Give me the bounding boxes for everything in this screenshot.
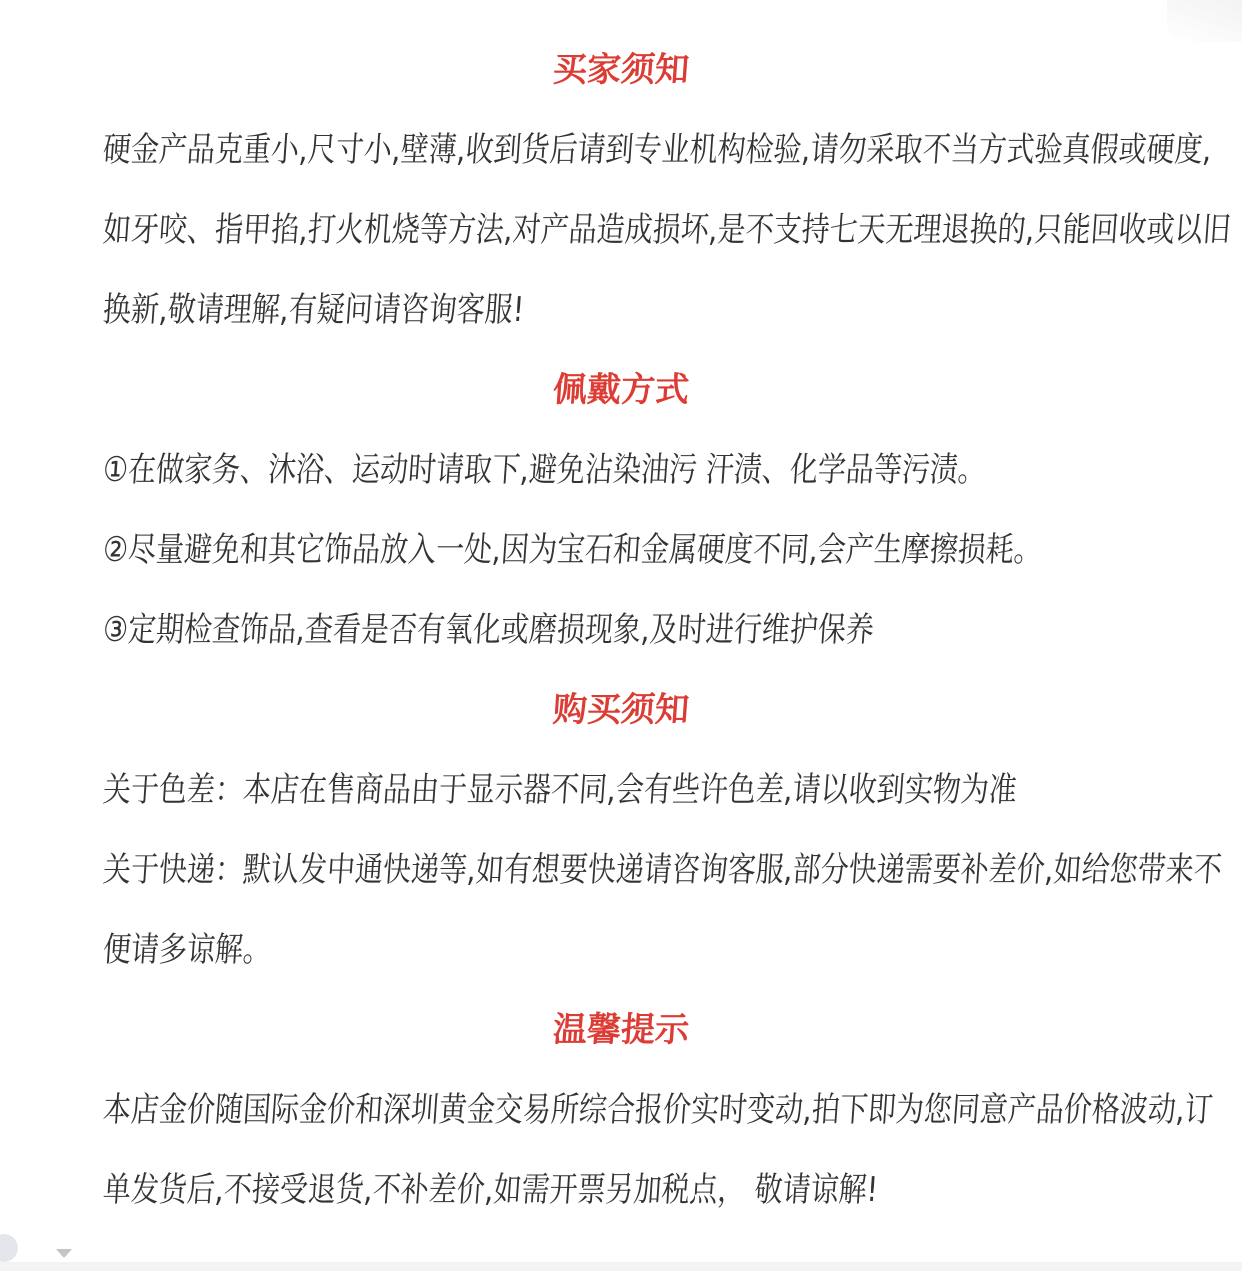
text-line: 本店金价随国际金价和深圳黄金交易所综合报价实时变动,拍下即为您同意产品价格波动,… <box>0 1070 1242 1150</box>
bottom-bar <box>0 1262 1242 1271</box>
text-line-text: 单发货后,不接受退货,不补差价,如需开票另加税点， 敬请谅解! <box>100 1141 882 1239</box>
section-heading: 买家须知 <box>0 30 1242 110</box>
dropdown-caret-icon[interactable] <box>56 1249 72 1258</box>
corner-smudge <box>1167 0 1242 42</box>
section-heading-text: 温馨提示 <box>550 990 692 1070</box>
text-line-text: 便请多谅解。 <box>100 901 275 999</box>
text-line: 关于快递：默认发中通快递等,如有想要快递请咨询客服,部分快递需要补差价,如给您带… <box>0 830 1242 910</box>
text-line: ①在做家务、沐浴、运动时请取下,避免沾染油污 汗渍、化学品等污渍。 <box>0 430 1242 510</box>
text-line: ②尽量避免和其它饰品放入一处,因为宝石和金属硬度不同,会产生摩擦损耗。 <box>0 510 1242 590</box>
text-line: 关于色差：本店在售商品由于显示器不同,会有些许色差,请以收到实物为准 <box>0 750 1242 830</box>
section-heading-text: 购买须知 <box>550 670 692 750</box>
section-heading: 温馨提示 <box>0 990 1242 1070</box>
section-heading: 佩戴方式 <box>0 350 1242 430</box>
text-line: 如牙咬、指甲掐,打火机烧等方法,对产品造成损坏,是不支持七天无理退换的,只能回收… <box>0 190 1242 270</box>
page: { "colors": { "heading_red": "#dd3c34", … <box>0 0 1242 1271</box>
text-line: 换新,敬请理解,有疑问请咨询客服! <box>0 270 1242 350</box>
text-line-text: ③定期检查饰品,查看是否有氧化或磨损现象,及时进行维护保养 <box>100 581 878 679</box>
text-line-text: 换新,敬请理解,有疑问请咨询客服! <box>100 261 528 359</box>
section-heading-text: 买家须知 <box>550 30 692 110</box>
text-line: 硬金产品克重小,尺寸小,壁薄,收到货后请到专业机构检验,请勿采取不当方式验真假或… <box>0 110 1242 190</box>
notice-document: 买家须知硬金产品克重小,尺寸小,壁薄,收到货后请到专业机构检验,请勿采取不当方式… <box>0 30 1242 1230</box>
circle-artifact-icon <box>0 1234 18 1262</box>
text-line: ③定期检查饰品,查看是否有氧化或磨损现象,及时进行维护保养 <box>0 590 1242 670</box>
text-line: 便请多谅解。 <box>0 910 1242 990</box>
text-line: 单发货后,不接受退货,不补差价,如需开票另加税点， 敬请谅解! <box>0 1150 1242 1230</box>
section-heading: 购买须知 <box>0 670 1242 750</box>
section-heading-text: 佩戴方式 <box>550 350 692 430</box>
